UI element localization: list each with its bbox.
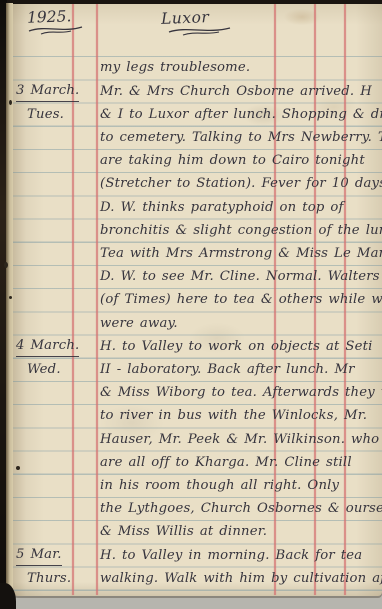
diary-line-text: & Miss Willis at dinner. bbox=[100, 520, 382, 543]
diary-line: are all off to Kharga. Mr. Cline still bbox=[0, 451, 382, 474]
diary-line-text: to cemetery. Talking to Mrs Newberry. Th… bbox=[100, 126, 382, 149]
diary-line-text: D. W. to see Mr. Cline. Normal. Walters bbox=[100, 265, 382, 288]
diary-line: to cemetery. Talking to Mrs Newberry. Th… bbox=[0, 126, 382, 149]
diary-line: (Stretcher to Station). Fever for 10 day… bbox=[0, 172, 382, 195]
diary-line: were away. bbox=[0, 312, 382, 335]
diary-line-text: walking. Walk with him by cultivation af… bbox=[100, 567, 382, 590]
diary-line: in his room though all right. Only bbox=[0, 474, 382, 497]
diary-line: to river in bus with the Winlocks, Mr. bbox=[0, 404, 382, 427]
diary-line: (of Times) here to tea & others while we bbox=[0, 288, 382, 311]
diary-line: are taking him down to Cairo tonight bbox=[0, 149, 382, 172]
diary-line: 5 Mar.H. to Valley in morning. Back for … bbox=[0, 544, 382, 567]
diary-line: bronchitis & slight congestion of the lu… bbox=[0, 219, 382, 242]
diary-page-scan: 1925. Luxor my legs troublesome.3 March.… bbox=[0, 0, 382, 609]
diary-line-text: are taking him down to Cairo tonight bbox=[100, 149, 382, 172]
diary-line-text: Mr. & Mrs Church Osborne arrived. H bbox=[100, 80, 382, 103]
diary-line: 3 March.Mr. & Mrs Church Osborne arrived… bbox=[0, 80, 382, 103]
diary-line-text: the Lythgoes, Church Osbornes & ourselve… bbox=[100, 497, 382, 520]
diary-line: D. W. thinks paratyphoid on top of bbox=[0, 196, 382, 219]
diary-line-text: in his room though all right. Only bbox=[100, 474, 382, 497]
diary-line: Tues.& I to Luxor after lunch. Shopping … bbox=[0, 103, 382, 126]
diary-line: & Miss Wiborg to tea. Afterwards they we… bbox=[0, 381, 382, 404]
entry-day-label: Wed. bbox=[27, 358, 61, 381]
diary-line: & Miss Willis at dinner. bbox=[0, 520, 382, 543]
entry-date-label: 3 March. bbox=[16, 80, 79, 102]
diary-line: Tea with Mrs Armstrong & Miss Le Manach. bbox=[0, 242, 382, 265]
diary-line-text: H. to Valley in morning. Back for tea bbox=[100, 544, 382, 567]
diary-line-text: D. W. thinks paratyphoid on top of bbox=[100, 196, 382, 219]
diary-line-text: to river in bus with the Winlocks, Mr. bbox=[100, 404, 382, 427]
diary-line-text: bronchitis & slight congestion of the lu… bbox=[100, 219, 382, 242]
diary-line-text: Hauser, Mr. Peek & Mr. Wilkinson. who bbox=[100, 428, 382, 451]
diary-line-text: & I to Luxor after lunch. Shopping & dro… bbox=[100, 103, 382, 126]
diary-line-text: Tea with Mrs Armstrong & Miss Le Manach. bbox=[100, 242, 382, 265]
diary-line-text: were away. bbox=[100, 312, 382, 335]
diary-line: Thurs.walking. Walk with him by cultivat… bbox=[0, 567, 382, 590]
diary-line: the Lythgoes, Church Osbornes & ourselve… bbox=[0, 497, 382, 520]
diary-line: my legs troublesome. bbox=[0, 56, 382, 79]
entry-day-label: Thurs. bbox=[27, 567, 71, 590]
diary-line-text: (Stretcher to Station). Fever for 10 day… bbox=[100, 172, 382, 195]
diary-line-text: H. to Valley to work on objects at Seti bbox=[100, 335, 382, 358]
diary-line-text: (of Times) here to tea & others while we bbox=[100, 288, 382, 311]
diary-line: D. W. to see Mr. Cline. Normal. Walters bbox=[0, 265, 382, 288]
diary-line: 4 March.H. to Valley to work on objects … bbox=[0, 335, 382, 358]
entry-date-label: 4 March. bbox=[16, 335, 79, 357]
diary-line-text: my legs troublesome. bbox=[100, 56, 382, 79]
entry-date-label: 5 Mar. bbox=[16, 544, 62, 566]
diary-line-text: & Miss Wiborg to tea. Afterwards they we… bbox=[100, 381, 382, 404]
diary-line: Hauser, Mr. Peek & Mr. Wilkinson. who bbox=[0, 428, 382, 451]
diary-entries: my legs troublesome.3 March.Mr. & Mrs Ch… bbox=[0, 0, 382, 609]
diary-line-text: II - laboratory. Back after lunch. Mr bbox=[100, 358, 382, 381]
diary-line: Wed.II - laboratory. Back after lunch. M… bbox=[0, 358, 382, 381]
entry-day-label: Tues. bbox=[27, 103, 64, 126]
diary-line-text: are all off to Kharga. Mr. Cline still bbox=[100, 451, 382, 474]
